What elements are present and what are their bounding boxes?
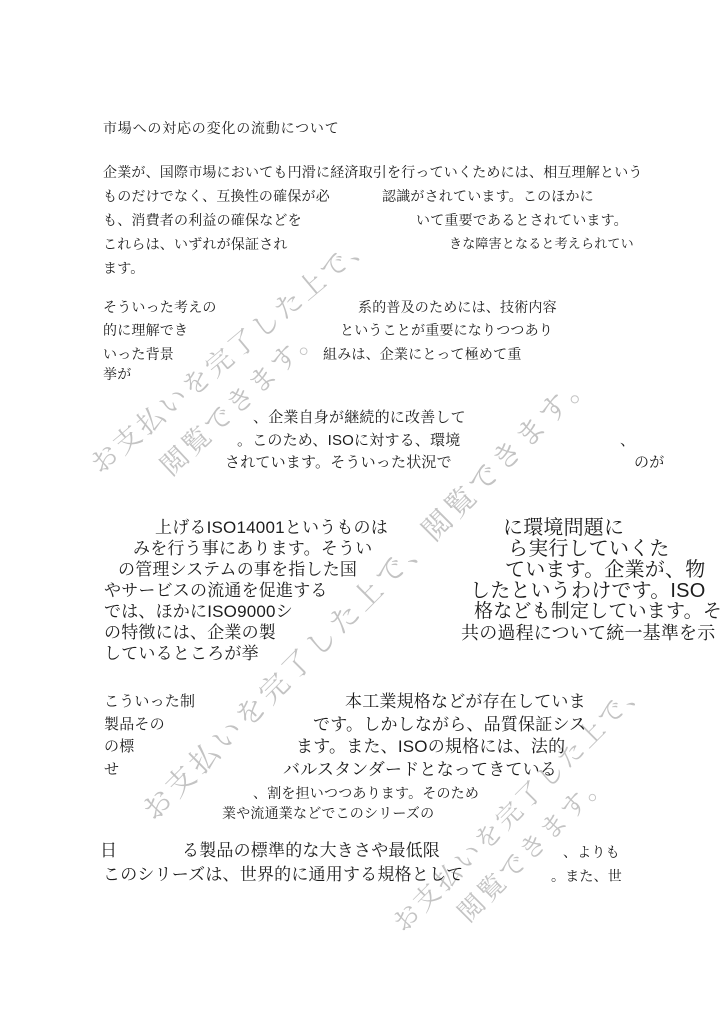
- text-line-segment: やサービスの流通を促進する: [104, 582, 328, 599]
- text-line-segment: 組みは、企業にとって極めて重: [323, 347, 522, 361]
- text-line-segment: 、: [620, 433, 635, 448]
- text-line-segment: ています。企業が、物: [505, 560, 705, 580]
- text-line-segment: みを行う事にあります。そうい: [133, 540, 372, 557]
- text-line-segment: ます。また、ISOの規格には、法的: [296, 738, 565, 755]
- text-line-segment: 、よりも: [563, 845, 620, 859]
- text-line-segment: 業や流通業などでこのシリーズの: [222, 806, 434, 820]
- text-line-segment: 挙が: [103, 367, 131, 381]
- text-line-segment: 上げるISO14001というものは: [155, 519, 388, 536]
- text-line-segment: このシリーズは、世界的に通用する規格として: [103, 866, 463, 883]
- text-line-segment: これらは、いずれが保証され: [103, 237, 288, 251]
- text-line-segment: も、消費者の利益の確保などを: [103, 213, 302, 227]
- text-line-segment: 共の過程について統一基準を示: [461, 624, 715, 642]
- text-line-segment: いて重要であるとされています。: [416, 213, 628, 227]
- text-line-segment: のが: [634, 455, 664, 470]
- text-line-segment: 本工業規格などが存在していま: [345, 693, 586, 710]
- text-line-segment: 格なども制定しています。そ: [474, 602, 722, 621]
- document-page: お支払いを完了した上で、閲覧できます。お支払いを完了した上で、閲覧できます。お支…: [0, 0, 724, 1024]
- text-line-segment: バルスタンダードとなってきている: [283, 761, 557, 778]
- text-line-segment: る製品の標準的な大きさや最低限: [182, 842, 440, 859]
- document-text-layer: 市場への対応の変化の流動について 企業が、国際市場においても円滑に経済取引を行っ…: [0, 0, 724, 1024]
- text-line-segment: では、ほかにISO9000シ: [104, 603, 293, 620]
- text-line-segment: 。また、世: [551, 869, 622, 883]
- text-line-segment: ます。: [103, 261, 144, 275]
- document-title: 市場への対応の変化の流動について: [103, 121, 340, 135]
- text-line-segment: 系的普及のためには、技術内容: [358, 300, 557, 314]
- text-line-segment: の管理システムの事を指した国: [118, 561, 357, 578]
- text-line-segment: 認識がされています。このほかに: [382, 189, 594, 203]
- text-line-segment: の標: [104, 739, 134, 754]
- text-line-segment: 製品その: [104, 717, 165, 732]
- text-line-segment: に環境問題に: [503, 518, 624, 538]
- text-line-segment: 、企業自身が継続的に改善して: [253, 410, 466, 425]
- text-line-segment: ら実行していくた: [508, 539, 670, 559]
- text-line-segment: の特徴には、企業の製: [104, 624, 276, 641]
- text-line-segment: しているところが挙: [104, 645, 259, 662]
- text-line-segment: 日: [100, 842, 117, 859]
- text-line-segment: ものだけでなく、互換性の確保が必: [103, 189, 330, 203]
- text-line-segment: いった背景: [103, 347, 174, 361]
- text-line-segment: 的に理解でき: [103, 323, 188, 337]
- text-line-segment: です。しかしながら、品質保証シス: [313, 716, 586, 733]
- text-line-segment: こういった制: [104, 694, 195, 709]
- text-line-segment: 。このため、ISOに対する、環境: [237, 433, 460, 448]
- text-line-segment: せ: [104, 762, 119, 777]
- text-line-segment: したというわけです。ISO: [470, 581, 705, 601]
- text-line-segment: 、割を担いつつあります。そのため: [253, 786, 479, 800]
- text-line-segment: されています。そういった状況で: [225, 455, 452, 470]
- text-line-segment: そういった考えの: [103, 300, 217, 314]
- text-line-segment: きな障害となると考えられてい: [449, 237, 634, 250]
- text-line-segment: ということが重要になりつつあり: [340, 323, 553, 337]
- text-line-segment: 企業が、国際市場においても円滑に経済取引を行っていくためには、相互理解という: [103, 165, 643, 179]
